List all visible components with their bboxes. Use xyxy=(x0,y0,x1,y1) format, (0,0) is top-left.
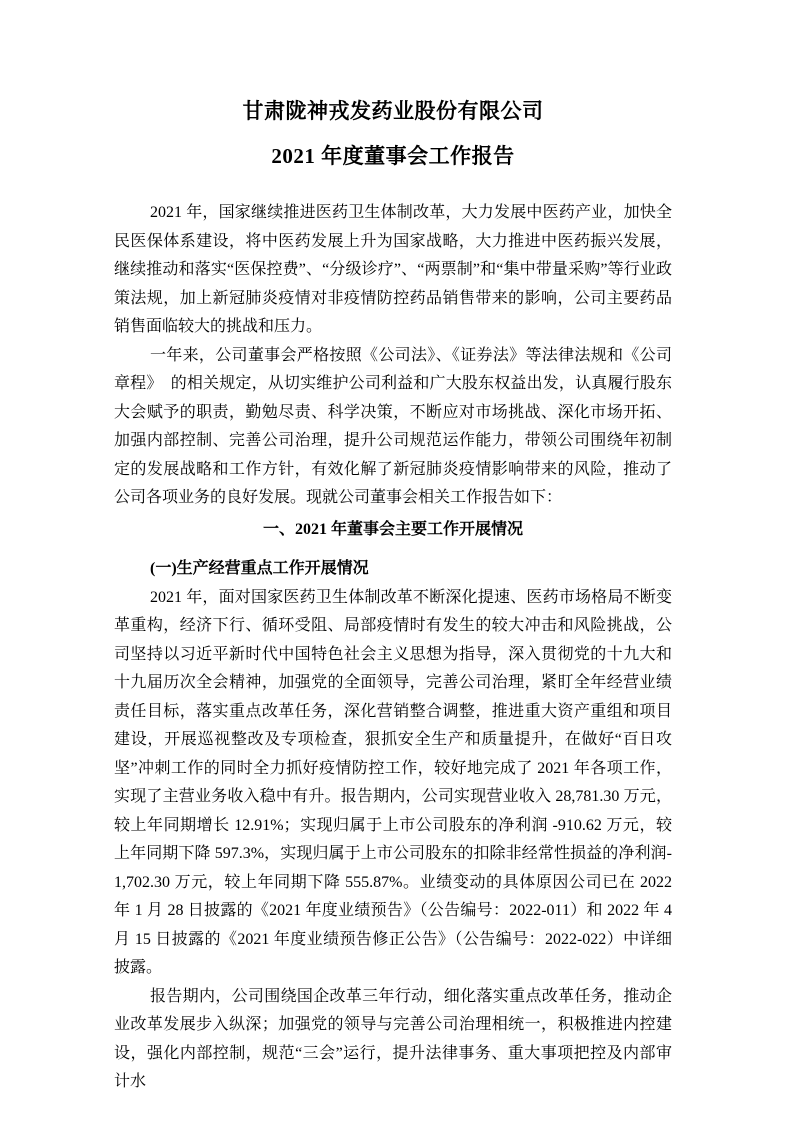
subsection-1-heading: (一)生产经营重点工作开展情况 xyxy=(114,555,672,584)
section-1-paragraph-1: 2021 年，面对国家医药卫生体制改革不断深化提速、医药市场格局不断变革重构，经… xyxy=(114,584,672,983)
document-page: 甘肃陇神戎发药业股份有限公司 2021 年度董事会工作报告 2021 年，国家继… xyxy=(0,0,793,1122)
intro-paragraph-1: 2021 年，国家继续推进医药卫生体制改革，大力发展中医药产业，加快全民医保体系… xyxy=(114,199,672,342)
section-1-heading: 一、2021 年董事会主要工作开展情况 xyxy=(114,516,672,545)
section-1-paragraph-2: 报告期内，公司围绕国企改革三年行动，细化落实重点改革任务，推动企业改革发展步入纵… xyxy=(114,983,672,1097)
document-title-line-1: 甘肃陇神戎发药业股份有限公司 xyxy=(114,94,672,128)
intro-paragraph-2: 一年来，公司董事会严格按照《公司法》、《证券法》等法律法规和《公司章程》 的相关… xyxy=(114,342,672,513)
document-title-line-2: 2021 年度董事会工作报告 xyxy=(114,139,672,173)
